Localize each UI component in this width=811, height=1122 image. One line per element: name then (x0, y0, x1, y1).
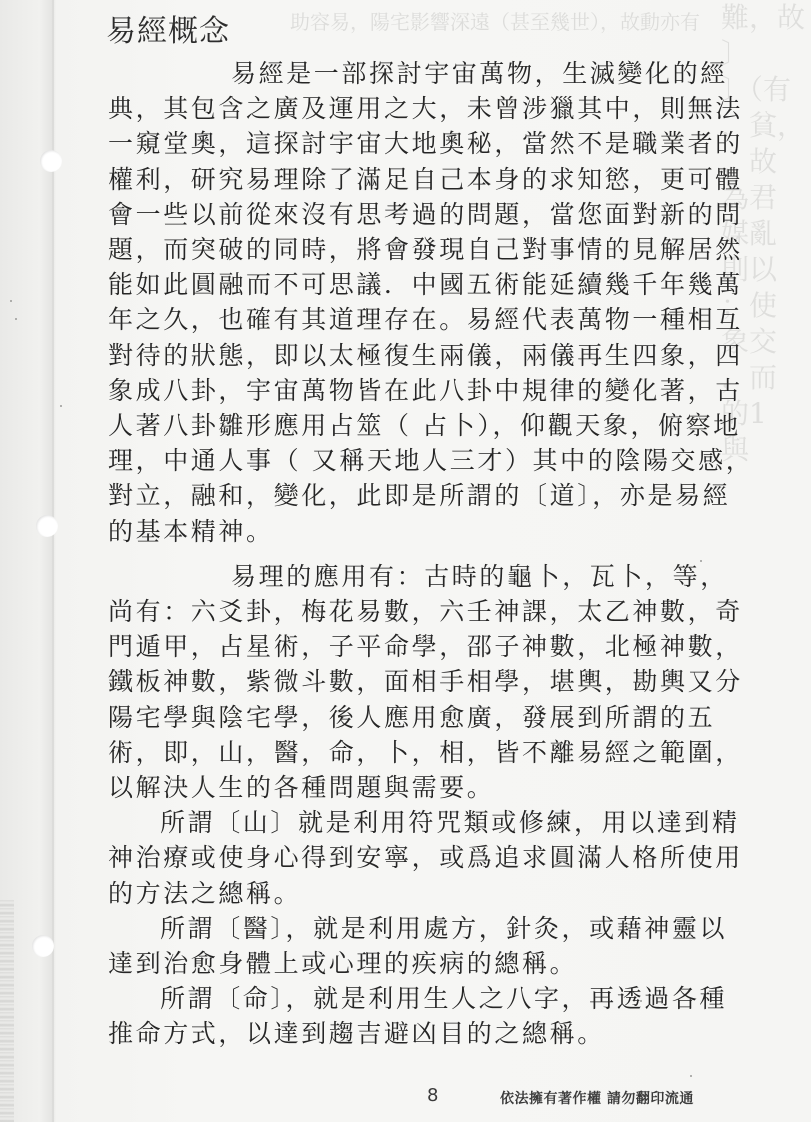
text-line: 神治療或使身心得到安寧，或爲追求圓滿人格所使用 (108, 840, 753, 875)
page-title: 易經概念 (106, 6, 230, 50)
text-line: 所謂〔醫〕，就是利用處方，針灸，或藉神靈以 (108, 911, 753, 946)
document-body: 易經是一部探討宇宙萬物，生滅變化的經 典，其包含之廣及運用之大，未曾涉獵其中，則… (108, 56, 753, 1052)
text-line: 會一些以前從來沒有思考過的問題，當您面對新的問 (108, 197, 753, 232)
copyright-notice: 依法擁有著作權 請勿翻印流通 (500, 1088, 694, 1108)
text-line: 題，而突破的同時，將會發現自己對事情的見解居然 (108, 232, 753, 267)
text-line: 能如此圓融而不可思議．中國五術能延續幾千年幾萬 (108, 267, 753, 302)
paragraph-applications: 易理的應用有：古時的龜卜，瓦卜，等， 尚有：六爻卦，梅花易數，六壬神課，太乙神數… (108, 559, 753, 805)
paragraph-yi: 所謂〔醫〕，就是利用處方，針灸，或藉神靈以 達到治愈身體上或心理的疾病的總稱。 (108, 911, 753, 981)
text-line: 理，中通人事（ 又稱天地人三才）其中的陰陽交感， (108, 443, 753, 478)
text-line: 以解決人生的各種問題與需要。 (108, 770, 753, 805)
bleed-through-text-top: 助容易，陽宅影響深遠（甚至幾世），故動亦有 (290, 6, 700, 35)
text-line: 一窺堂奧，這探討宇宙大地奧秘，當然不是職業者的 (108, 126, 753, 161)
scan-edge-noise (0, 900, 14, 1122)
text-line: 所謂〔命〕，就是利用生人之八字，再透過各種 (108, 981, 753, 1016)
scan-speck (60, 405, 62, 407)
text-line: 人著八卦雛形應用占筮（ 占卜），仰觀天象，俯察地 (108, 408, 753, 443)
scan-speck (15, 318, 17, 320)
text-line: 所謂〔山〕就是利用符咒類或修練，用以達到精 (108, 805, 753, 840)
text-line: 的基本精神。 (108, 514, 753, 549)
scanned-page: 助容易，陽宅影響深遠（甚至幾世），故動亦有 難，故 〕 〕（有 ，貧， ，故 為… (0, 0, 811, 1122)
scan-speck (690, 1075, 692, 1077)
paragraph-gap (108, 549, 753, 559)
text-line: 的方法之總稱。 (108, 876, 753, 911)
text-line: 對待的狀態，即以太極復生兩儀，兩儀再生四象，四 (108, 338, 753, 373)
text-line: 鐵板神數，紫微斗數，面相手相學，堪輿，勘輿又分 (108, 664, 753, 699)
page-number: 8 (427, 1085, 438, 1106)
text-line: 年之久，也確有其道理存在。易經代表萬物一種相互 (108, 302, 753, 337)
text-line: 權利，研究易理除了滿足自己本身的求知慾，更可體 (108, 162, 753, 197)
punch-hole-bottom (32, 935, 54, 957)
text-line: 門遁甲，占星術，子平命學，邵子神數，北極神數， (108, 629, 753, 664)
paragraph-ming: 所謂〔命〕，就是利用生人之八字，再透過各種 推命方式，以達到趨吉避凶目的之總稱。 (108, 981, 753, 1051)
text-line: 推命方式，以達到趨吉避凶目的之總稱。 (108, 1016, 753, 1051)
text-line: 術，即，山，醫，命，卜，相，皆不離易經之範圍， (108, 735, 753, 770)
text-line: 達到治愈身體上或心理的疾病的總稱。 (108, 946, 753, 981)
paragraph-yijing-intro: 易經是一部探討宇宙萬物，生滅變化的經 典，其包含之廣及運用之大，未曾涉獵其中，則… (108, 56, 753, 549)
text-line: 易理的應用有：古時的龜卜，瓦卜，等， (108, 559, 753, 594)
punch-hole-middle (36, 515, 58, 537)
punch-hole-top (40, 150, 62, 172)
text-line: 陽宅學與陰宅學，後人應用愈廣，發展到所謂的五 (108, 700, 753, 735)
text-line: 易經是一部探討宇宙萬物，生滅變化的經 (108, 56, 753, 91)
scan-speck (10, 300, 12, 302)
text-line: 典，其包含之廣及運用之大，未曾涉獵其中，則無法 (108, 91, 753, 126)
paragraph-shan: 所謂〔山〕就是利用符咒類或修練，用以達到精 神治療或使身心得到安寧，或爲追求圓滿… (108, 805, 753, 911)
text-line: 對立，融和，變化，此即是所謂的〔道〕，亦是易經 (108, 478, 753, 513)
text-line: 尚有：六爻卦，梅花易數，六壬神課，太乙神數，奇 (108, 594, 753, 629)
text-line: 象成八卦，宇宙萬物皆在此八卦中規律的變化著，古 (108, 373, 753, 408)
